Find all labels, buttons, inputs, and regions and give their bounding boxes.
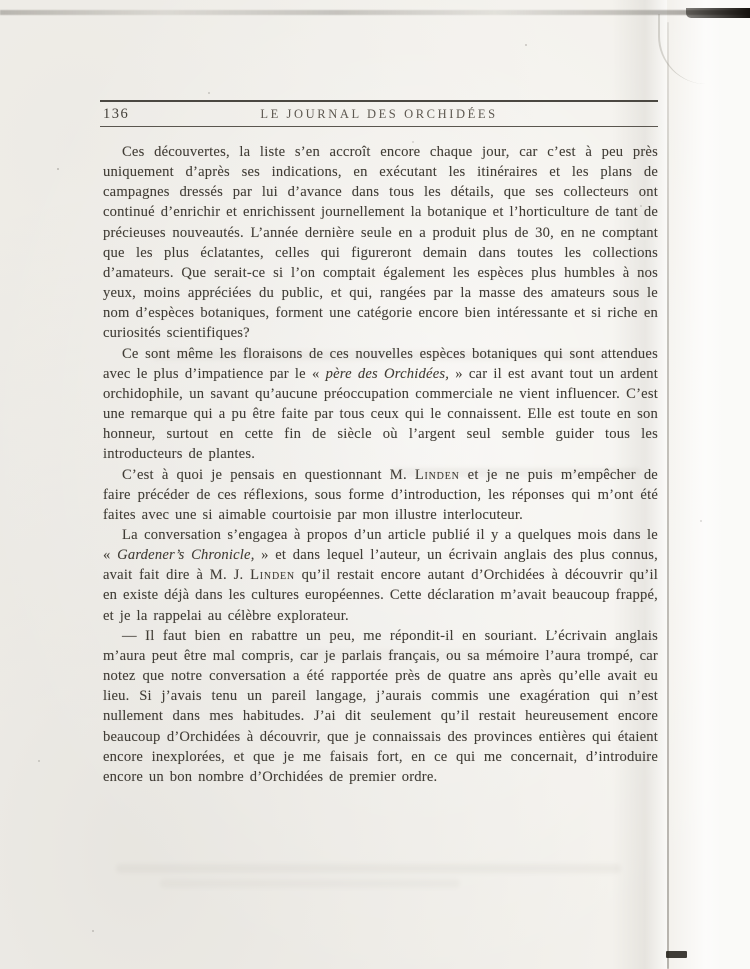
dust-specks: [0, 0, 2, 2]
body-text: — Il faut bien en rabattre un peu, me ré…: [103, 628, 658, 785]
paragraph: La conversation s’engagea à propos d’un …: [103, 525, 658, 626]
smallcaps-name: Linden: [250, 567, 295, 583]
scanned-page: 136 LE JOURNAL DES ORCHIDÉES Ces découve…: [0, 0, 750, 969]
scan-bottom-mark: [666, 951, 687, 958]
paragraph: — Il faut bien en rabattre un peu, me ré…: [103, 626, 658, 787]
top-edge-shadow: [0, 10, 750, 15]
italic-phrase: père des Orchidées,: [326, 366, 450, 382]
paragraph: C’est à quoi je pensais en questionnant …: [103, 465, 658, 525]
running-title: LE JOURNAL DES ORCHIDÉES: [100, 107, 658, 122]
header-rule-bottom: [100, 126, 658, 127]
page-edge-line: [667, 22, 669, 969]
paragraph: Ces découvertes, la liste s’en accroît e…: [103, 142, 658, 344]
header-rule-top: [100, 100, 658, 102]
paragraph: Ce sont même les floraisons de ces nouve…: [103, 344, 658, 465]
body-text: C’est à quoi je pensais en questionnant …: [122, 467, 415, 483]
showthrough-ghost: [160, 879, 460, 888]
text-block: Ces découvertes, la liste s’en accroît e…: [103, 142, 658, 787]
book-fore-edge: [668, 0, 750, 969]
page-header: 136 LE JOURNAL DES ORCHIDÉES: [100, 104, 658, 124]
showthrough-ghost: [116, 864, 621, 873]
body-text: Ces découvertes, la liste s’en accroît e…: [103, 144, 658, 341]
italic-phrase: Gardener’s Chronicle,: [117, 547, 254, 563]
smallcaps-name: Linden: [415, 467, 460, 483]
